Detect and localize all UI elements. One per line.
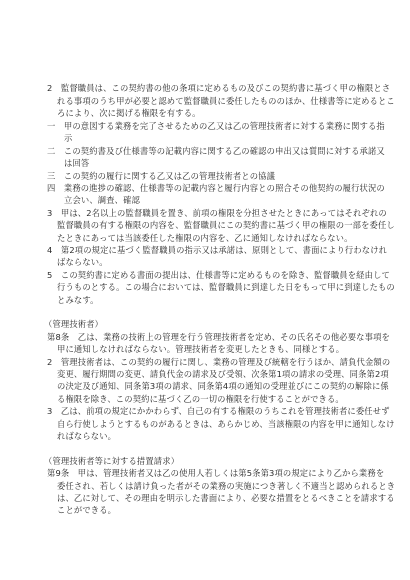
document-line: 2 監督職員は、この契約書の他の条項に定めるもの及びこの契約書に基づく甲の権限と… bbox=[47, 82, 390, 94]
document-line: る権限を除き、この契約に基づく乙の一切の権限を行使することができる。 bbox=[57, 393, 344, 405]
document-line: 5 この契約書に定める書面の提出は、仕様書等に定めるものを除き、監督職員を経由し… bbox=[47, 269, 390, 281]
document-line: 4 第2項の規定に基づく監督職員の指示又は承諾は、原則として、書面により行わなけ… bbox=[47, 244, 387, 256]
document-line: 変更、履行期間の変更、請負代金の請求及び受領、次条第1項の請求の受理、同条第2項 bbox=[57, 368, 389, 380]
document-line: （管理技術者） bbox=[44, 318, 103, 330]
document-line: 一 甲の意図する業務を完了させるための乙又は乙の管理技術者に対する業務に関する指 bbox=[47, 120, 385, 132]
document-line: 三 この契約の履行に関する乙又は乙の管理技術者との協議 bbox=[47, 170, 275, 182]
document-line: 立会い、調査、確認 bbox=[64, 194, 140, 206]
document-line: は、乙に対して、その理由を明示した書面により、必要な措置をとるべきことを請求する bbox=[57, 492, 395, 504]
document-line: れる事項のうち甲が必要と認めて監督職員に委任したもののほか、仕様書等に定めるとこ bbox=[57, 95, 395, 107]
document-line: ればならない。 bbox=[57, 430, 116, 442]
document-line: の決定及び通知、同条第3項の請求、同条第4項の通知の受理並びにこの契約の解除に係 bbox=[57, 380, 389, 392]
document-line: 示 bbox=[64, 132, 72, 144]
document-line: 二 この契約書及び仕様書等の記載内容に関する乙の確認の申出又は質問に対する承諾又 bbox=[47, 145, 385, 157]
document-line: とみなす。 bbox=[57, 294, 99, 306]
document-line: 自ら行使しようとするものがあるときは、あらかじめ、当該権限の内容を甲に通知しなけ bbox=[57, 418, 395, 430]
document-line: ことができる。 bbox=[57, 504, 116, 516]
document-line: 3 甲は、2名以上の監督職員を置き、前項の権限を分担させたときにあってはそれぞれ… bbox=[47, 207, 387, 219]
document-line: 第9条 甲は、管理技術者又は乙の使用人若しくは第5条第3項の規定により乙から業務… bbox=[47, 467, 384, 479]
document-line: 四 業務の進捗の確認、仕様書等の記載内容と履行内容との照合その他契約の履行状況の bbox=[47, 182, 385, 194]
document-line: たときにあっては当該委任した権限の内容を、乙に通知しなければならない。 bbox=[57, 232, 353, 244]
document-line: 甲に通知しなければならない。管理技術者を変更したときも、同様とする。 bbox=[57, 343, 344, 355]
document-line: （管理技術者等に対する措置請求） bbox=[44, 455, 179, 467]
document-line: 行うものとする。この場合においては、監督職員に到達した日をもって甲に到達したもの bbox=[57, 281, 395, 293]
document-page: 2 監督職員は、この契約書の他の条項に定めるもの及びこの契約書に基づく甲の権限と… bbox=[0, 0, 410, 580]
document-line: ろにより、次に掲げる権限を有する。 bbox=[57, 107, 201, 119]
document-line: ばならない。 bbox=[57, 256, 108, 268]
document-line: 第8条 乙は、業務の技術上の管理を行う管理技術者を定め、その氏名その他必要な事項… bbox=[47, 331, 390, 343]
document-line: 委任され、若しくは請け負った者がその業務の実施につき著しく不適当と認められるとき bbox=[57, 480, 395, 492]
document-line: は回答 bbox=[64, 157, 89, 169]
document-line: 2 管理技術者は、この契約の履行に関し、業務の管理及び統轄を行うほか、請負代金額… bbox=[47, 356, 390, 368]
document-line: 3 乙は、前項の規定にかかわらず、自己の有する権限のうちこれを管理技術者に委任せ… bbox=[47, 405, 390, 417]
document-line: 監督職員の有する権限の内容を、監督職員にこの契約書に基づく甲の権限の一部を委任し bbox=[57, 219, 395, 231]
